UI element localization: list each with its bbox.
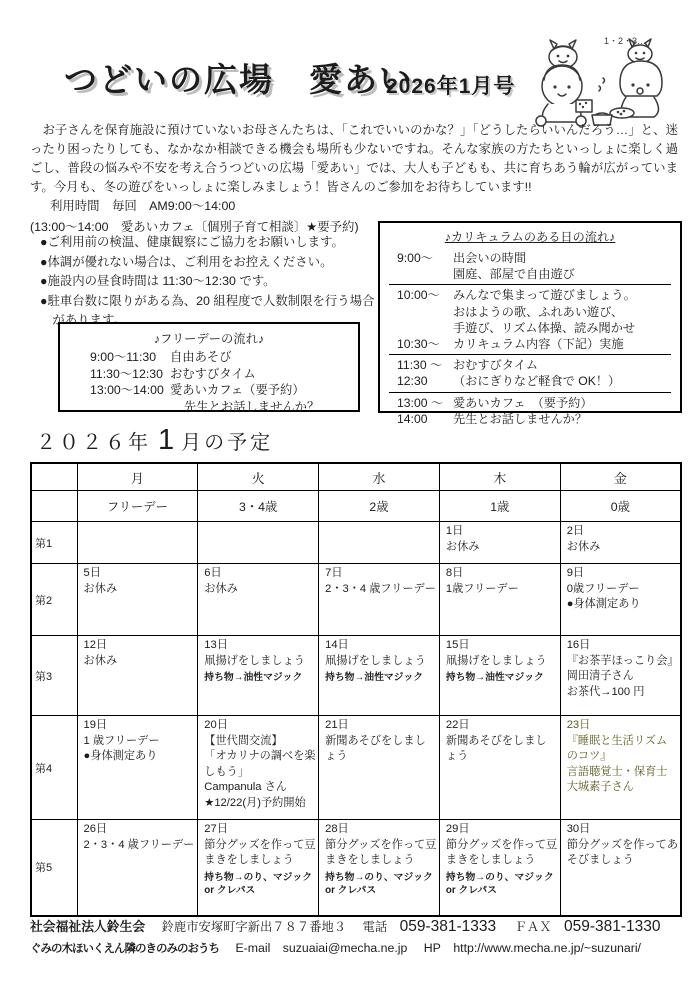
- curriculum-section: 11:30 ～12:30おむすびタイム（おにぎりなど軽食で OK！）: [389, 354, 671, 391]
- organization-name: 社会福祉法人鈴生会: [30, 919, 145, 934]
- freeday-time: [68, 399, 170, 416]
- calendar-table: 月火水木金フリーデー3・4歳2歳1歳0歳第11日お休み2日お休み第25日お休み6…: [30, 462, 682, 917]
- calendar-day-cell: 14日凧揚げをしましょう持ち物→油性マジック: [319, 636, 440, 716]
- curriculum-time: 10:30～: [389, 336, 453, 352]
- calendar-week-row: 第11日お休み2日お休み: [31, 522, 681, 564]
- note-item: ●体調が優れない場合は、ご利用をお控えください。: [40, 253, 378, 273]
- calendar-corner-cell: [31, 463, 77, 491]
- footer-web-row: ぐみの木ほいくえん隣のきのみのおうち E-mail suzuaiai@mecha…: [30, 939, 685, 957]
- calendar-day-cell: 6日お休み: [198, 564, 319, 636]
- time-line: 11:30 ～: [397, 357, 453, 373]
- calendar-day-cell: 27日節分グッズを作って豆まきをしましょう持ち物→のり、マジック or クレパス: [198, 820, 319, 916]
- calendar-title-month: 1: [158, 424, 174, 456]
- day-cell-line: 言語聴覚士・保育士: [567, 765, 678, 781]
- day-cell-line: 節分グッズを作って豆まきをしましょう: [325, 838, 437, 869]
- calendar-day-cell: 12日お休み: [77, 636, 198, 716]
- calendar-week-row: 第25日お休み6日お休み7日2・3・4 歳フリーデー8日1歳フリーデー9日0歳フ…: [31, 564, 681, 636]
- freeday-time: 13:00～14:00: [68, 382, 170, 399]
- calendar-title-suffix: 月の予定: [181, 432, 273, 454]
- calendar-day-cell: 5日お休み: [77, 564, 198, 636]
- day-cell-line: 凧揚げをしましょう: [325, 654, 437, 670]
- day-cell-line: 持ち物→油性マジック: [325, 671, 437, 685]
- age-group-header: 3・4歳: [198, 491, 319, 522]
- footer-contact-row: 社会福祉法人鈴生会 鈴鹿市安塚町字新出７８７番地３ 電話 059-381-133…: [30, 916, 685, 936]
- calendar-day-cell: 19日1 歳フリーデー●身体測定あり: [77, 716, 198, 820]
- calendar-day-cell: 15日凧揚げをしましょう持ち物→油性マジック: [439, 636, 560, 716]
- day-cell-line: 19日: [84, 718, 196, 734]
- calendar-day-cell: 20日【世代間交流】「オカリナの調べを楽しもう」Campanula さん★12/…: [198, 716, 319, 820]
- curriculum-sections: 9:00～出会いの時間園庭、部屋で自由遊び10:00～みんなで集まって遊びましょ…: [389, 248, 671, 429]
- fax-number: 059-381-1330: [564, 918, 661, 935]
- hp-label: HP: [424, 941, 441, 955]
- activity-line: 愛あいカフェ （要予約）: [453, 395, 671, 411]
- weekday-header: 月: [77, 463, 198, 491]
- age-group-header: 2歳: [319, 491, 440, 522]
- curriculum-row: 10:00～みんなで集まって遊びましょう。おはようの歌、ふれあい遊び、手遊び、リ…: [389, 287, 671, 336]
- day-cell-line: お休み: [567, 540, 678, 556]
- day-cell-line: 「オカリナの調べを楽しもう」: [204, 749, 316, 780]
- day-cell-line: 0歳フリーデー: [567, 582, 678, 598]
- freeday-rows: 9:00～11:30自由あそび11:30～12:30おむすびタイム13:00～1…: [68, 349, 350, 415]
- day-cell-line: ★12/22(月)予約開始: [204, 796, 316, 812]
- activity-line: カリキュラム内容（下記）実施: [453, 336, 671, 352]
- day-cell-line: 26日: [84, 822, 196, 838]
- time-line: 13:00 ～: [397, 395, 453, 411]
- freeday-activity: 愛あいカフェ（要予約）: [170, 382, 350, 399]
- freeday-activity: 先生とお話しませんか？: [170, 399, 350, 416]
- note-item: ●ご利用前の検温、健康観察にご協力をお願いします。: [40, 233, 378, 253]
- age-group-header: 0歳: [560, 491, 681, 522]
- week-label: 第3: [31, 636, 77, 716]
- time-line: 10:00～: [397, 287, 453, 303]
- day-cell-line: 20日: [204, 718, 316, 734]
- day-cell-line: 27日: [204, 822, 316, 838]
- curriculum-row: 11:30 ～12:30おむすびタイム（おにぎりなど軽食で OK！）: [389, 357, 671, 389]
- day-cell-line: 『睡眠と生活リズムのコツ』: [567, 734, 678, 765]
- day-cell-line: 『お茶芋ほっこり会』: [567, 654, 678, 670]
- week-label: 第4: [31, 716, 77, 820]
- day-cell-line: 新聞あそびをしましょう: [325, 734, 437, 765]
- freeday-activity: 自由あそび: [170, 349, 350, 366]
- day-cell-line: 持ち物→油性マジック: [446, 671, 558, 685]
- day-cell-line: お休み: [204, 582, 316, 598]
- calendar-week-row: 第312日お休み13日凧揚げをしましょう持ち物→油性マジック14日凧揚げをしまし…: [31, 636, 681, 716]
- day-cell-line: 新聞あそびをしましょう: [446, 734, 558, 765]
- calendar-corner-cell: [31, 491, 77, 522]
- day-cell-line: お休み: [84, 582, 196, 598]
- day-cell-line: 9日: [567, 566, 678, 582]
- freeday-row: 11:30～12:30おむすびタイム: [68, 366, 350, 383]
- day-cell-line: 30日: [567, 822, 678, 838]
- house-name: ぐみの木ほいくえん隣のきのみのおうち: [30, 943, 219, 955]
- day-cell-line: 23日: [567, 718, 678, 734]
- calendar-day-cell: [77, 522, 198, 564]
- day-cell-line: 8日: [446, 566, 558, 582]
- curriculum-activity: みんなで集まって遊びましょう。おはようの歌、ふれあい遊び、手遊び、リズム体操、読…: [453, 287, 671, 336]
- day-cell-line: 節分グッズを作ってあそびましょう: [567, 838, 678, 869]
- calendar-week-row: 第526日2・3・4 歳フリーデー27日節分グッズを作って豆まきをしましょう持ち…: [31, 820, 681, 916]
- day-cell-line: 岡田清子さん: [567, 669, 678, 685]
- fax-label: ＦＡＸ: [515, 920, 552, 934]
- calendar-day-cell: 13日凧揚げをしましょう持ち物→油性マジック: [198, 636, 319, 716]
- day-cell-line: 1日: [446, 524, 558, 540]
- freeday-time: 11:30～12:30: [68, 366, 170, 383]
- intro-paragraph: お子さんを保育施設に預けていないお母さんたちは、「これでいいのかな？」「どうした…: [30, 121, 678, 197]
- day-cell-line: 持ち物→油性マジック: [204, 671, 316, 685]
- curriculum-time: 10:00～: [389, 287, 453, 336]
- age-header-row: フリーデー3・4歳2歳1歳0歳: [31, 491, 681, 522]
- day-cell-line: ●身体測定あり: [567, 597, 678, 613]
- address-text: 鈴鹿市安塚町字新出７８７番地３: [162, 920, 346, 934]
- calendar-body: 月火水木金フリーデー3・4歳2歳1歳0歳第11日お休み2日お休み第25日お休み6…: [31, 463, 681, 916]
- time-line: 10:30～: [397, 336, 453, 352]
- freeday-schedule-box: ♪フリーデーの流れ♪ 9:00～11:30自由あそび11:30～12:30おむす…: [58, 322, 360, 412]
- freeday-row: 9:00～11:30自由あそび: [68, 349, 350, 366]
- calendar-title: ２０２６年1月の予定: [36, 424, 273, 457]
- calendar-day-cell: 22日新聞あそびをしましょう: [439, 716, 560, 820]
- day-cell-line: 1歳フリーデー: [446, 582, 558, 598]
- weekday-header-row: 月火水木金: [31, 463, 681, 491]
- issue-label: 2026年1月号: [386, 70, 515, 100]
- curriculum-time: 9:00～: [389, 250, 453, 282]
- freeday-row: 13:00～14:00愛あいカフェ（要予約）: [68, 382, 350, 399]
- age-group-header: 1歳: [439, 491, 560, 522]
- day-cell-line: 1 歳フリーデー: [84, 734, 196, 750]
- day-cell-line: 2日: [567, 524, 678, 540]
- weekday-header: 水: [319, 463, 440, 491]
- day-cell-line: 28日: [325, 822, 437, 838]
- tel-number: 059-381-1333: [400, 918, 497, 935]
- notes-list: ●ご利用前の検温、健康観察にご協力をお願いします。●体調が優れない場合は、ご利用…: [40, 233, 378, 331]
- day-cell-line: 節分グッズを作って豆まきをしましょう: [204, 838, 316, 869]
- calendar-day-cell: 7日2・3・4 歳フリーデー: [319, 564, 440, 636]
- day-cell-line: 13日: [204, 638, 316, 654]
- day-cell-line: ●身体測定あり: [84, 749, 196, 765]
- calendar-day-cell: [198, 522, 319, 564]
- newsletter-page: つどいの広場 愛あい 2026年1月号: [0, 0, 700, 991]
- curriculum-activity: 出会いの時間園庭、部屋で自由遊び: [453, 250, 671, 282]
- calendar-day-cell: 2日お休み: [560, 522, 681, 564]
- newsletter-title: つどいの広場 愛あい: [64, 54, 414, 101]
- day-cell-line: 16日: [567, 638, 678, 654]
- usage-hours-line: 利用時間 毎回 AM9:00～14:00: [30, 196, 359, 217]
- email-address: suzuaiai@mecha.ne.jp: [283, 941, 408, 955]
- footer: 社会福祉法人鈴生会 鈴鹿市安塚町字新出７８７番地３ 電話 059-381-133…: [30, 916, 685, 957]
- calendar-day-cell: 16日『お茶芋ほっこり会』岡田清子さんお茶代→100 円: [560, 636, 681, 716]
- age-group-header: フリーデー: [77, 491, 198, 522]
- usage-hours: 利用時間 毎回 AM9:00～14:00 (13:00～14:00 愛あいカフェ…: [30, 196, 359, 238]
- calendar-day-cell: [319, 522, 440, 564]
- calendar-day-cell: 21日新聞あそびをしましょう: [319, 716, 440, 820]
- curriculum-section: 9:00～出会いの時間園庭、部屋で自由遊び: [389, 248, 671, 284]
- day-cell-line: 7日: [325, 566, 437, 582]
- curriculum-box-title: ♪カリキュラムのある日の流れ♪: [389, 228, 671, 245]
- time-line: 9:00～: [397, 250, 453, 266]
- day-cell-line: 6日: [204, 566, 316, 582]
- time-line: 12:30: [397, 373, 453, 389]
- freeday-activity: おむすびタイム: [170, 366, 350, 383]
- day-cell-line: 2・3・4 歳フリーデー: [325, 582, 437, 598]
- day-cell-line: 節分グッズを作って豆まきをしましょう: [446, 838, 558, 869]
- weekday-header: 火: [198, 463, 319, 491]
- day-cell-line: 凧揚げをしましょう: [446, 654, 558, 670]
- counting-text: 1・2・3…: [604, 36, 646, 46]
- activity-line: おむすびタイム: [453, 357, 671, 373]
- day-cell-line: 【世代間交流】: [204, 734, 316, 750]
- freeday-row: 先生とお話しませんか？: [68, 399, 350, 416]
- activity-line: 出会いの時間: [453, 250, 671, 266]
- curriculum-time: 11:30 ～12:30: [389, 357, 453, 389]
- curriculum-section: 10:00～みんなで集まって遊びましょう。おはようの歌、ふれあい遊び、手遊び、リ…: [389, 284, 671, 354]
- day-cell-line: 14日: [325, 638, 437, 654]
- calendar-day-cell: 9日0歳フリーデー●身体測定あり: [560, 564, 681, 636]
- calendar-day-cell: 28日節分グッズを作って豆まきをしましょう持ち物→のり、マジック or クレパス: [319, 820, 440, 916]
- time-line: 14:00: [397, 411, 453, 427]
- curriculum-section: 13:00 ～14:00愛あいカフェ （要予約）先生とお話しませんか？: [389, 392, 671, 429]
- day-cell-line: お茶代→100 円: [567, 685, 678, 701]
- activity-line: 先生とお話しませんか？: [453, 411, 671, 427]
- curriculum-activity: 愛あいカフェ （要予約）先生とお話しませんか？: [453, 395, 671, 427]
- activity-line: みんなで集まって遊びましょう。: [453, 287, 671, 303]
- curriculum-activity: おむすびタイム（おにぎりなど軽食で OK！）: [453, 357, 671, 389]
- week-label: 第5: [31, 820, 77, 916]
- day-cell-line: 5日: [84, 566, 196, 582]
- calendar-day-cell: 1日お休み: [439, 522, 560, 564]
- day-cell-line: 15日: [446, 638, 558, 654]
- email-label: E-mail: [235, 941, 270, 955]
- calendar-week-row: 第419日1 歳フリーデー●身体測定あり20日【世代間交流】「オカリナの調べを楽…: [31, 716, 681, 820]
- day-cell-line: 12日: [84, 638, 196, 654]
- freeday-box-title: ♪フリーデーの流れ♪: [68, 329, 350, 347]
- setsubun-children-illustration: 1・2・3…: [520, 34, 688, 128]
- day-cell-line: 凧揚げをしましょう: [204, 654, 316, 670]
- activity-line: おはようの歌、ふれあい遊び、: [453, 304, 671, 320]
- day-cell-line: お休み: [84, 654, 196, 670]
- curriculum-row: 13:00 ～14:00愛あいカフェ （要予約）先生とお話しませんか？: [389, 395, 671, 427]
- day-cell-line: 22日: [446, 718, 558, 734]
- day-cell-line: 21日: [325, 718, 437, 734]
- day-cell-line: 持ち物→のり、マジック or クレパス: [204, 871, 316, 898]
- day-cell-line: お休み: [446, 540, 558, 556]
- calendar-day-cell: 26日2・3・4 歳フリーデー: [77, 820, 198, 916]
- calendar-title-year: ２０２６年: [36, 432, 151, 454]
- calendar-day-cell: 30日節分グッズを作ってあそびましょう: [560, 820, 681, 916]
- curriculum-row: 10:30～カリキュラム内容（下記）実施: [389, 336, 671, 352]
- calendar-day-cell: 29日節分グッズを作って豆まきをしましょう持ち物→のり、マジック or クレパス: [439, 820, 560, 916]
- activity-line: （おにぎりなど軽食で OK！）: [453, 373, 671, 389]
- activity-line: 手遊び、リズム体操、読み聞かせ: [453, 320, 671, 336]
- day-cell-line: 持ち物→のり、マジック or クレパス: [325, 871, 437, 898]
- day-cell-line: 持ち物→のり、マジック or クレパス: [446, 871, 558, 898]
- activity-line: 園庭、部屋で自由遊び: [453, 266, 671, 282]
- note-item: ●施設内の昼食時間は 11:30～12:30 です。: [40, 272, 378, 292]
- day-cell-line: 29日: [446, 822, 558, 838]
- week-label: 第1: [31, 522, 77, 564]
- curriculum-schedule-box: ♪カリキュラムのある日の流れ♪ 9:00～出会いの時間園庭、部屋で自由遊び10:…: [378, 221, 682, 413]
- day-cell-line: 2・3・4 歳フリーデー: [84, 838, 196, 854]
- freeday-time: 9:00～11:30: [68, 349, 170, 366]
- day-cell-line: 大城素子さん: [567, 780, 678, 796]
- calendar-day-cell: 23日『睡眠と生活リズムのコツ』言語聴覚士・保育士大城素子さん: [560, 716, 681, 820]
- homepage-url: http://www.mecha.ne.jp/~suzunari/: [453, 941, 641, 955]
- day-cell-line: Campanula さん: [204, 780, 316, 796]
- curriculum-row: 9:00～出会いの時間園庭、部屋で自由遊び: [389, 250, 671, 282]
- week-label: 第2: [31, 564, 77, 636]
- weekday-header: 木: [439, 463, 560, 491]
- calendar-day-cell: 8日1歳フリーデー: [439, 564, 560, 636]
- curriculum-activity: カリキュラム内容（下記）実施: [453, 336, 671, 352]
- tel-label: 電話: [363, 920, 388, 934]
- curriculum-time: 13:00 ～14:00: [389, 395, 453, 427]
- weekday-header: 金: [560, 463, 681, 491]
